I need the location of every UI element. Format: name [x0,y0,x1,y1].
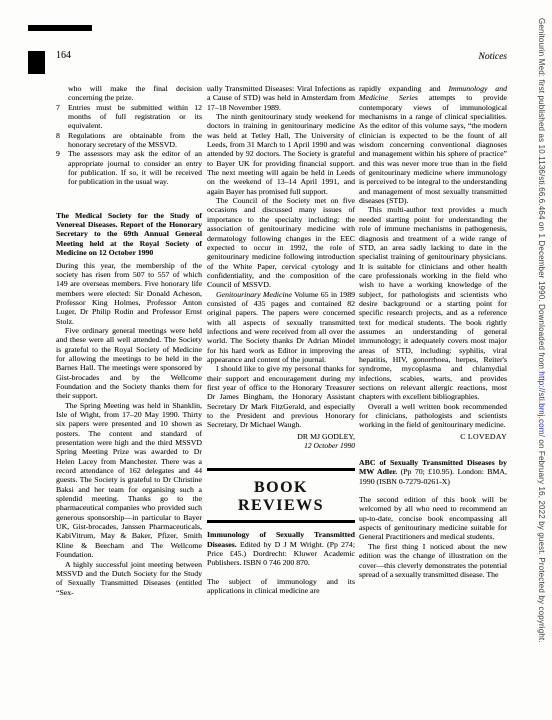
signature-name: DR MJ GODLEY, [207,432,355,441]
citation-link[interactable]: http://sti.bmj.com/ [537,371,546,437]
section-rule-bottom [207,520,355,523]
book-reviews-title: BOOK REVIEWS [207,479,355,514]
section-rule-top [207,468,355,471]
journal-name-italic: Genitourinary Medicine [216,290,292,299]
list-item-text: Regulations are obtainable from the hono… [68,131,202,150]
paragraph: The ninth genitourinary study weekend fo… [207,112,355,196]
paragraph: I should like to give my personal thanks… [207,364,355,429]
paragraph: The Spring Meeting was held in Shanklin,… [56,401,202,560]
paragraph: During this year, the membership of the … [56,261,202,326]
list-item-text: The assessors may ask the editor of an a… [68,149,202,186]
paragraph: The first thing I noticed about the new … [359,542,507,579]
page-number: 164 [56,50,71,61]
column-3: rapidly expanding and Immunology and Med… [359,84,507,579]
citation-text: on February 16, 2022 by guest. Protected… [537,437,546,643]
journal-page: 164 Notices who will make the final deci… [0,0,552,720]
list-continuation: who will make the final decision concern… [56,84,202,103]
paragraph-text: attempts to provide contemporary views o… [359,93,507,205]
paragraph: ually Transmitted Diseases: Viral Infect… [207,84,355,112]
column-1: who will make the final decision concern… [56,84,202,597]
paragraph: The second edition of this book will be … [359,495,507,542]
paragraph: A highly successful joint meeting betwee… [56,560,202,597]
book-reviews-title-line2: REVIEWS [207,497,355,515]
signature-date: 12 October 1990 [207,441,355,450]
paragraph: Overall a well written book recommended … [359,402,507,430]
scan-artifact-blob [28,51,45,74]
society-report-heading: The Medical Society for the Study of Ven… [56,211,202,258]
scan-artifact-bar [28,25,92,31]
paragraph: rapidly expanding and Immunology and Med… [359,84,507,205]
list-item-number: 7 [56,103,68,131]
book-reviews-title-line1: BOOK [207,479,355,497]
list-item: 7 Entries must be submitted within 12 mo… [56,103,202,131]
list-item: 8 Regulations are obtainable from the ho… [56,131,202,150]
paragraph-text: Volume 65 in 1989 consisted of 435 pages… [207,290,355,364]
running-head: Notices [479,52,508,62]
paragraph: This multi-author text provides a much n… [359,205,507,401]
list-item: 9 The assessors may ask the editor of an… [56,149,202,186]
list-item-number: 9 [56,149,68,186]
reviewer-signature: C LOVEDAY [359,432,507,441]
paragraph-text: rapidly expanding and [359,84,448,93]
review-heading: ABC of Sexually Transmitted Diseases by … [359,458,507,486]
list-item-text: Entries must be submitted within 12 mont… [68,103,202,131]
list-item-number: 8 [56,131,68,150]
sidebar-citation: Genitourin Med: first published as 10.11… [534,18,546,716]
paragraph: Five ordinary general meetings were held… [56,326,202,401]
paragraph: Genitourinary Medicine Volume 65 in 1989… [207,290,355,365]
paragraph: The subject of immunology and its applic… [207,577,355,596]
citation-text: Genitourin Med: first published as 10.11… [537,18,546,371]
paragraph: The Council of the Society met on five o… [207,196,355,289]
column-2: ually Transmitted Diseases: Viral Infect… [207,84,355,595]
signature-block: DR MJ GODLEY, 12 October 1990 [207,432,355,451]
review-heading: Immunology of Sexually Transmitted Disea… [207,530,355,567]
